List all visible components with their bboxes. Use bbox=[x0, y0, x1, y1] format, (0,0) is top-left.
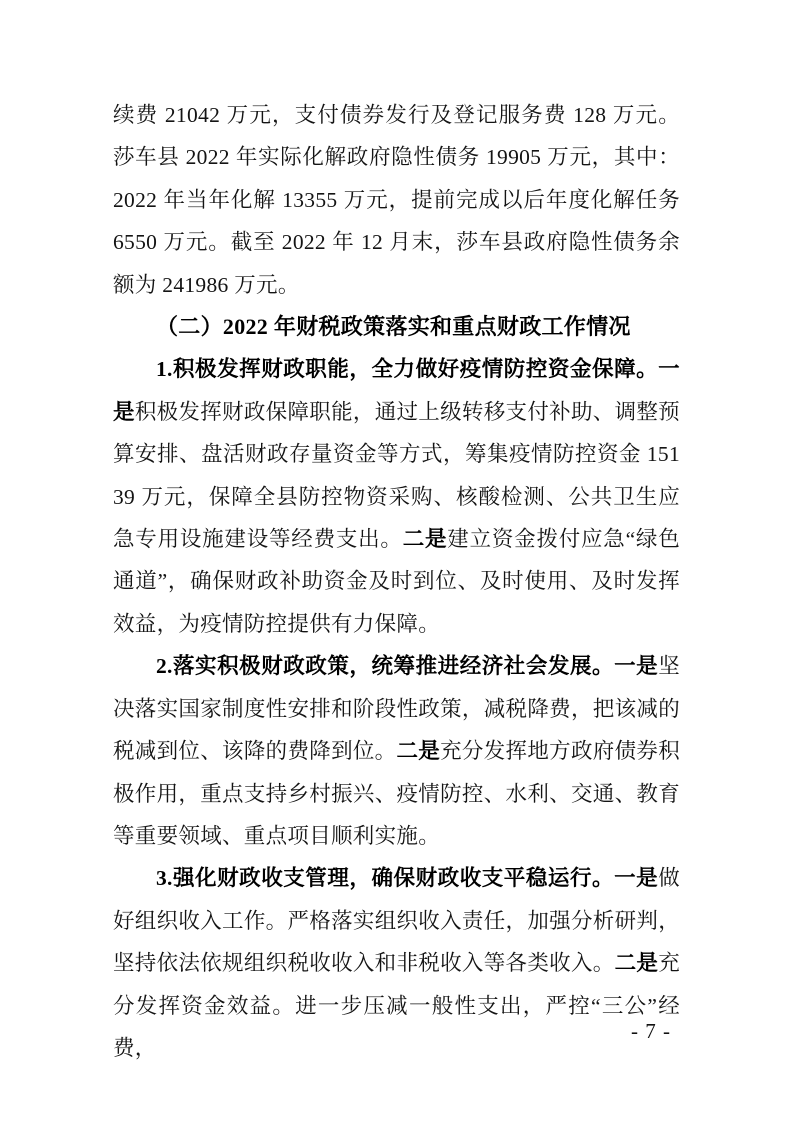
section-heading-text: （二）2022 年财税政策落实和重点财政工作情况 bbox=[156, 314, 631, 339]
page-number: - 7 - bbox=[631, 1018, 671, 1044]
page-number-text: - 7 - bbox=[631, 1019, 671, 1043]
section-heading: （二）2022 年财税政策落实和重点财政工作情况 bbox=[113, 306, 680, 348]
paragraph-item-3: 3.强化财政收支管理，确保财政收支平稳运行。一是做好组织收入工作。严格落实组织收… bbox=[113, 857, 680, 1069]
item-2-second-lead: 二是 bbox=[397, 739, 441, 763]
item-3-lead: 3.强化财政收支管理，确保财政收支平稳运行。一是 bbox=[156, 866, 658, 890]
paragraph-item-2: 2.落实积极财政政策，统筹推进经济社会发展。一是坚决落实国家制度性安排和阶段性政… bbox=[113, 645, 680, 857]
paragraph-item-1: 1.积极发挥财政职能，全力做好疫情防控资金保障。一是积极发挥财政保障职能，通过上… bbox=[113, 348, 680, 645]
item-2-lead: 2.落实积极财政政策，统筹推进经济社会发展。一是 bbox=[156, 654, 658, 678]
paragraph-debt-resolution: 续费 21042 万元，支付债券发行及登记服务费 128 万元。莎车县 2022… bbox=[113, 94, 680, 306]
document-body: 续费 21042 万元，支付债券发行及登记服务费 128 万元。莎车县 2022… bbox=[113, 94, 680, 1069]
document-page: 续费 21042 万元，支付债券发行及登记服务费 128 万元。莎车县 2022… bbox=[0, 0, 793, 1122]
paragraph-text: 续费 21042 万元，支付债券发行及登记服务费 128 万元。莎车县 2022… bbox=[113, 103, 680, 297]
item-1-second-lead: 二是 bbox=[403, 527, 448, 551]
item-3-second-lead: 二是 bbox=[615, 951, 659, 975]
